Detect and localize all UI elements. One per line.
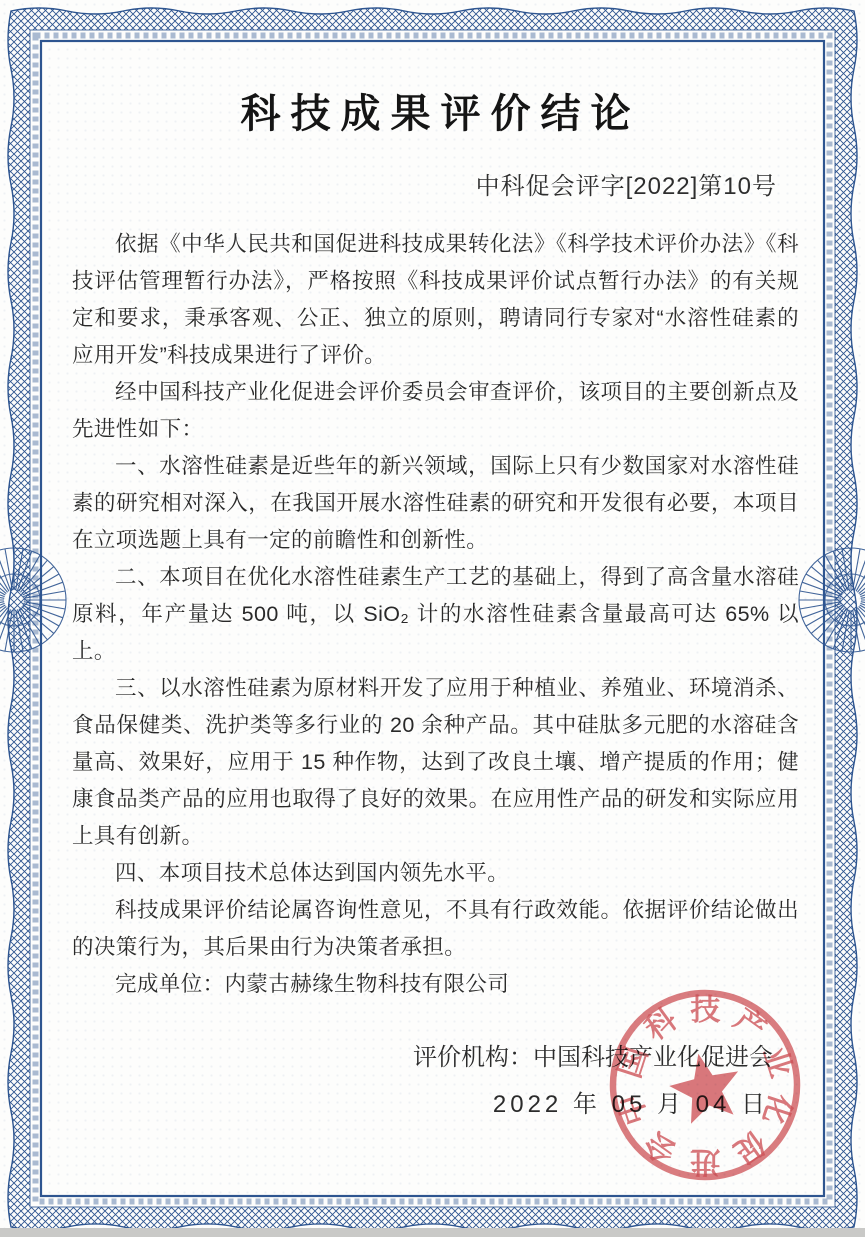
- paragraph-point-4: 四、本项目技术总体达到国内领先水平。: [72, 855, 799, 892]
- page-title: 科技成果评价结论: [72, 88, 799, 140]
- certificate-page: 科技成果评价结论 中科促会评字[2022]第10号 依据《中华人民共和国促进科技…: [0, 0, 865, 1237]
- body-paragraphs: 依据《中华人民共和国促进科技成果转化法》《科学技术评价办法》《科技评估管理暂行办…: [72, 226, 799, 1003]
- paragraph-point-2: 二、本项目在优化水溶性硅素生产工艺的基础上，得到了高含量水溶硅原料，年产量达 5…: [72, 559, 799, 670]
- doc-number: 中科促会评字[2022]第10号: [72, 172, 799, 202]
- paragraph-review-intro: 经中国科技产业化促进会评价委员会审查评价，该项目的主要创新点及先进性如下：: [72, 374, 799, 448]
- paragraph-point-1: 一、水溶性硅素是近些年的新兴领域，国际上只有少数国家对水溶性硅素的研究相对深入，…: [72, 448, 799, 559]
- seal-star-icon: [664, 1046, 747, 1126]
- certificate-content: 科技成果评价结论 中科促会评字[2022]第10号 依据《中华人民共和国促进科技…: [72, 88, 799, 1003]
- scan-edge-shadow: [0, 1228, 865, 1237]
- paragraph-point-3: 三、以水溶性硅素为原材料开发了应用于种植业、养殖业、环境消杀、食品保健类、洗护类…: [72, 670, 799, 855]
- official-seal: 中国科技产业化促进会: [598, 978, 812, 1192]
- paragraph-basis: 依据《中华人民共和国促进科技成果转化法》《科学技术评价办法》《科技评估管理暂行办…: [72, 226, 799, 374]
- paragraph-disclaimer: 科技成果评价结论属咨询性意见，不具有行政效能。依据评价结论做出的决策行为，其后果…: [72, 892, 799, 966]
